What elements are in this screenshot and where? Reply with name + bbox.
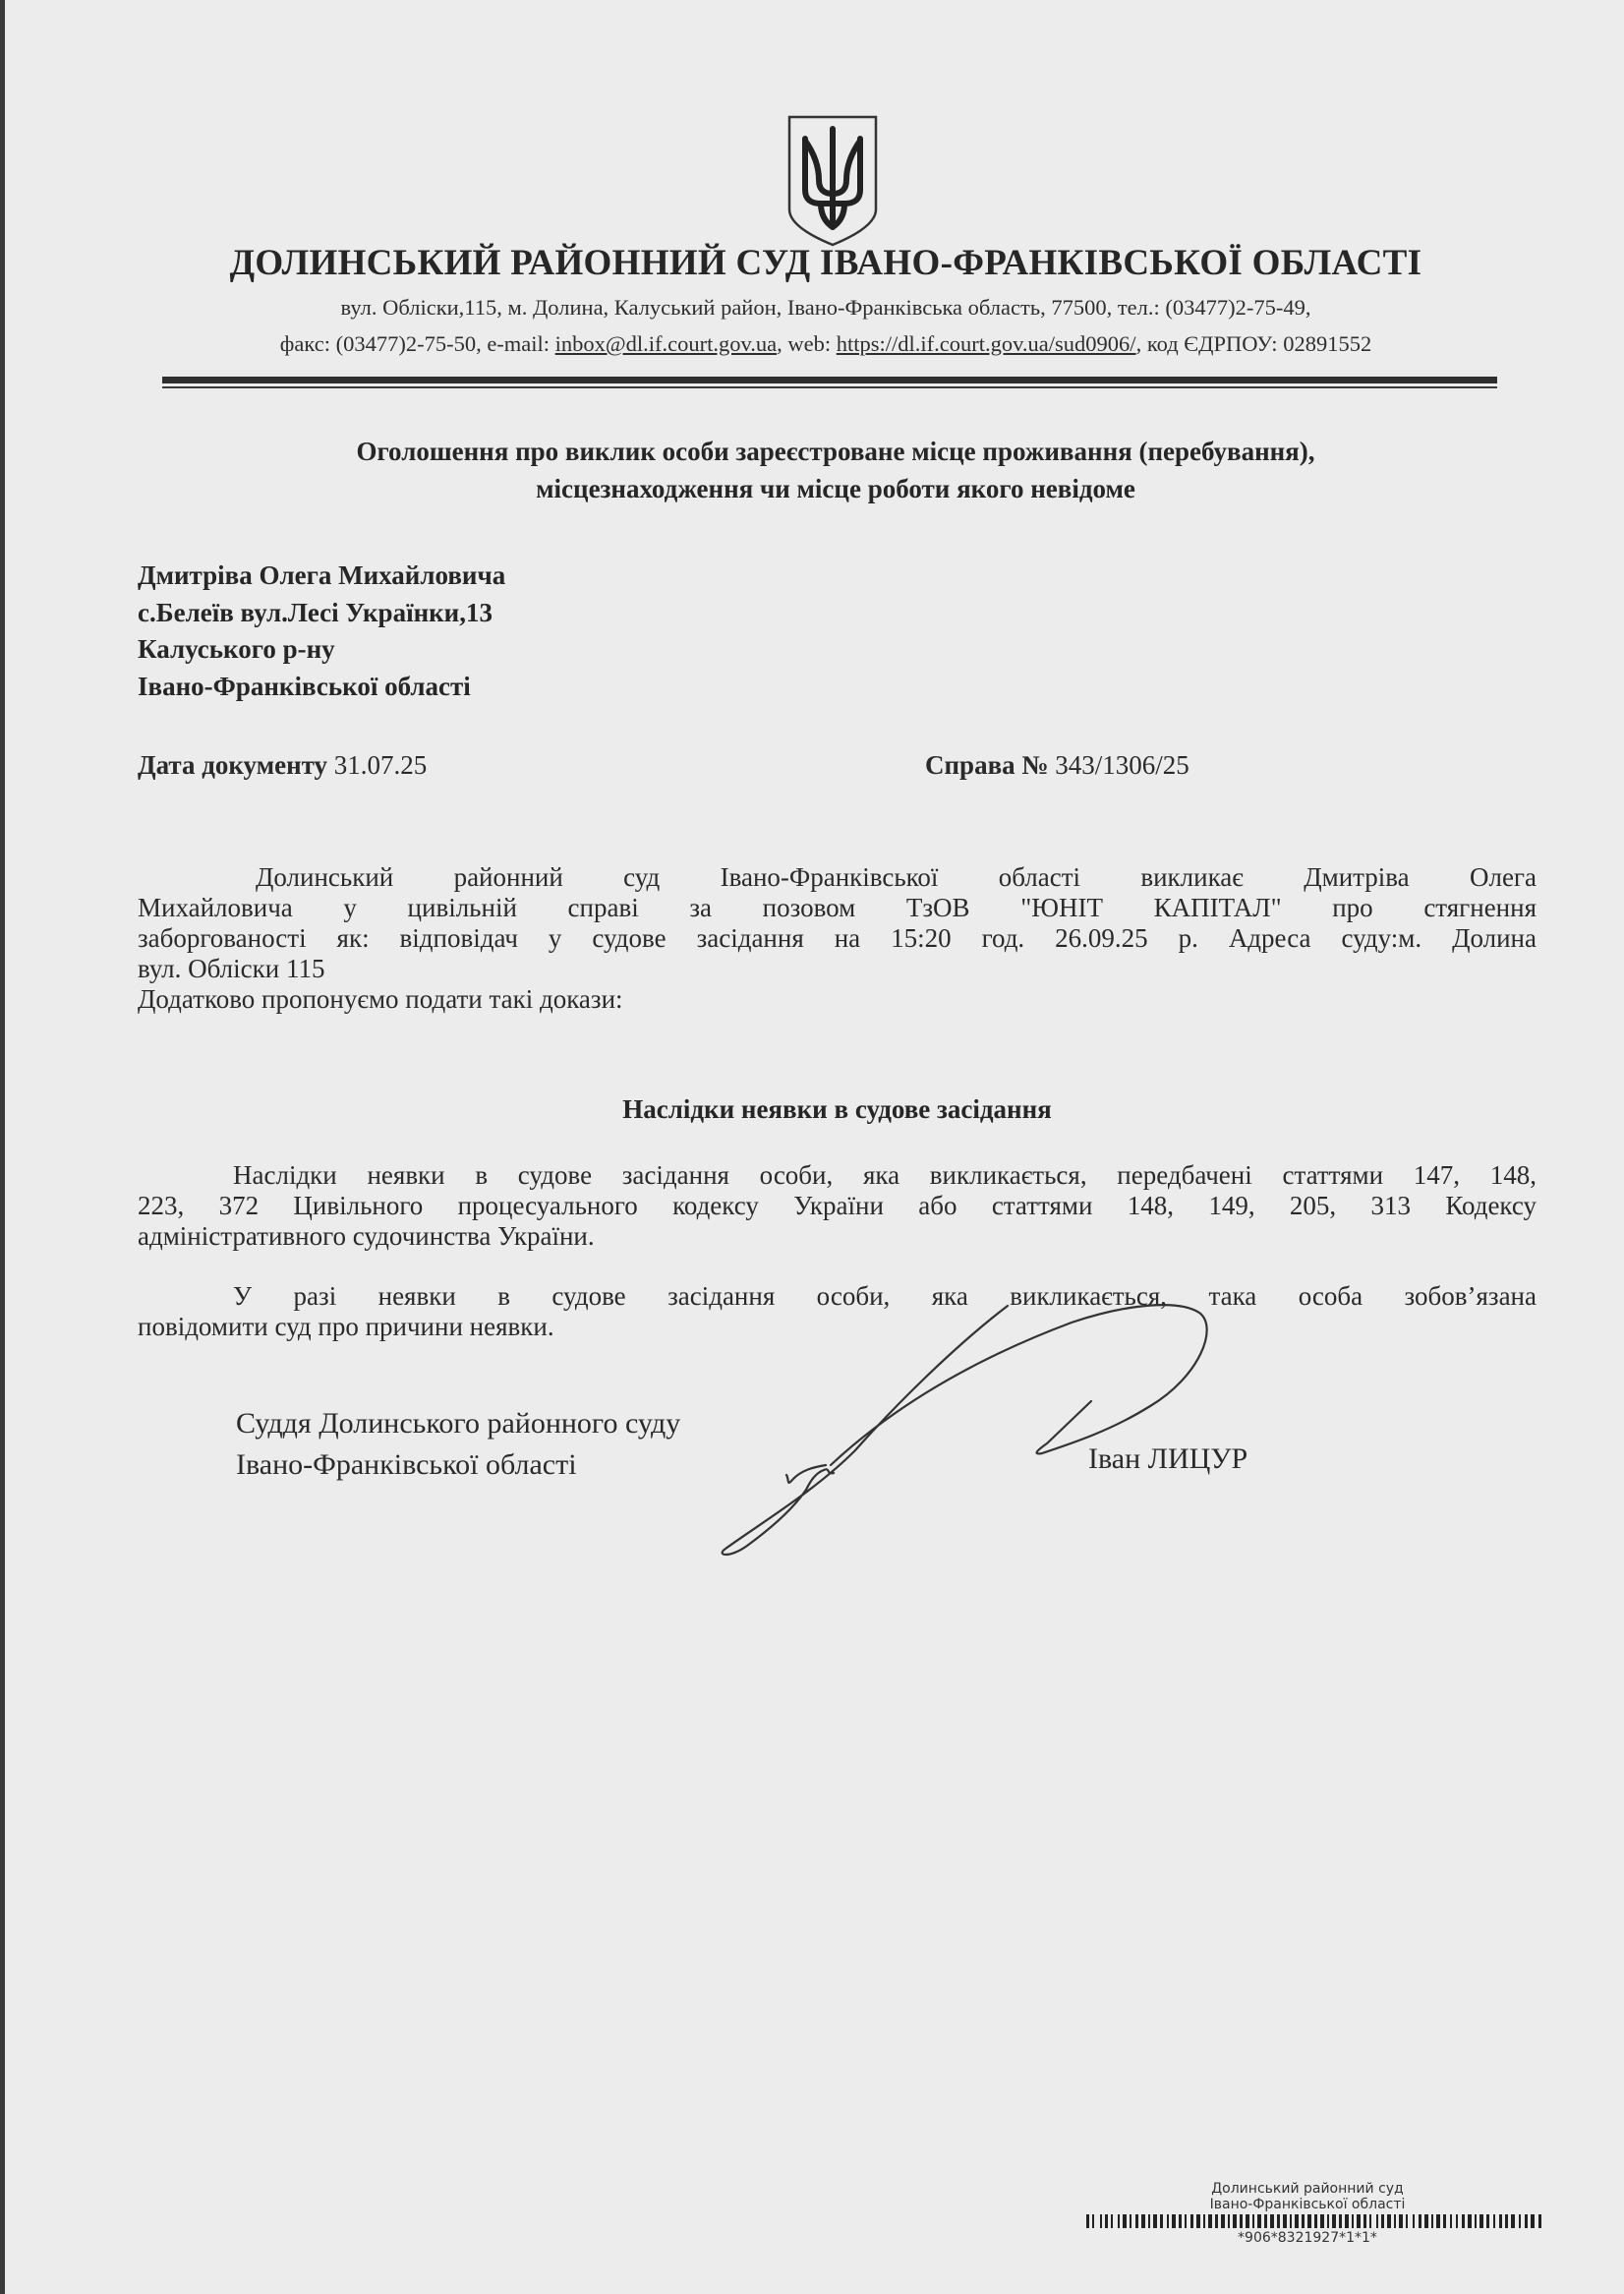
notice-title: Оголошення про виклик особи зареєстрован… <box>197 433 1475 507</box>
edrpou-code: 02891552 <box>1283 331 1371 356</box>
code-prefix: , код ЄДРПОУ: <box>1136 331 1284 356</box>
recipient-block: Дмитріва Олега Михайловича с.Белеїв вул.… <box>138 558 505 705</box>
header-divider-thick <box>162 377 1497 383</box>
email-link[interactable]: inbox@dl.if.court.gov.ua <box>555 331 777 356</box>
summons-line: Додатково пропонуємо подати такі докази: <box>138 984 1537 1015</box>
header-divider-thin <box>162 386 1497 388</box>
summons-paragraph: Долинський районний суд Івано-Франківськ… <box>138 862 1537 1015</box>
case-number-label: Справа № <box>925 750 1049 780</box>
stamp-line: Івано-Франківської області <box>1072 2197 1543 2212</box>
consequences-line: Наслідки неявки в судове засідання особи… <box>138 1160 1537 1191</box>
barcode-icon <box>1086 2214 1543 2228</box>
document-date: Дата документу 31.07.25 <box>138 750 427 781</box>
recipient-district: Калуського р-ну <box>138 631 505 669</box>
summons-line: вул. Обліски 115 <box>138 954 1537 984</box>
case-number-value: 343/1306/25 <box>1049 750 1189 780</box>
website-link[interactable]: https://dl.if.court.gov.ua/sud0906/ <box>837 331 1136 356</box>
recipient-region: Івано-Франківської області <box>138 669 505 706</box>
handwritten-signature-icon <box>708 1278 1298 1573</box>
summons-line: Михайловича у цивільній справі за позово… <box>138 893 1537 923</box>
consequences-paragraph: Наслідки неявки в судове засідання особи… <box>138 1160 1537 1252</box>
judge-title-line: Івано-Франківської області <box>236 1444 680 1486</box>
stamp-line: Долинський районний суд <box>1072 2181 1543 2197</box>
summons-line: Долинський районний суд Івано-Франківськ… <box>138 862 1537 893</box>
web-prefix: , web: <box>777 331 837 356</box>
notice-title-line: місцезнаходження чи місце роботи якого н… <box>197 470 1475 507</box>
recipient-name: Дмитріва Олега Михайловича <box>138 558 505 595</box>
summons-line: заборгованості як: відповідач у судове з… <box>138 923 1537 954</box>
judge-title: Суддя Долинського районного суду Івано-Ф… <box>236 1403 680 1486</box>
registry-stamp: Долинський районний суд Івано-Франківськ… <box>1072 2181 1543 2212</box>
judge-title-line: Суддя Долинського районного суду <box>236 1403 680 1444</box>
notice-title-line: Оголошення про виклик особи зареєстрован… <box>197 433 1475 470</box>
fax-prefix: факс: (03477)2-75-50, e-mail: <box>280 331 555 356</box>
recipient-street: с.Белеїв вул.Лесі Українки,13 <box>138 595 505 632</box>
consequences-line: адміністративного судочинства України. <box>138 1221 1537 1252</box>
court-address: вул. Обліски,115, м. Долина, Калуський р… <box>147 295 1504 321</box>
document-date-label: Дата документу <box>138 750 327 780</box>
barcode-number: *906*8321927*1*1* <box>1072 2230 1543 2246</box>
tryzub-coat-of-arms-icon <box>783 111 882 249</box>
court-name-heading: ДОЛИНСЬКИЙ РАЙОННИЙ СУД ІВАНО-ФРАНКІВСЬК… <box>147 242 1504 284</box>
case-number: Справа № 343/1306/25 <box>925 750 1189 781</box>
consequences-heading: Наслідки неявки в судове засідання <box>138 1094 1537 1125</box>
document-date-value: 31.07.25 <box>327 750 427 780</box>
scan-page-edge <box>0 0 5 2294</box>
consequences-line: 223, 372 Цивільного процесуального кодек… <box>138 1191 1537 1221</box>
court-contacts: факс: (03477)2-75-50, e-mail: inbox@dl.i… <box>147 331 1504 357</box>
